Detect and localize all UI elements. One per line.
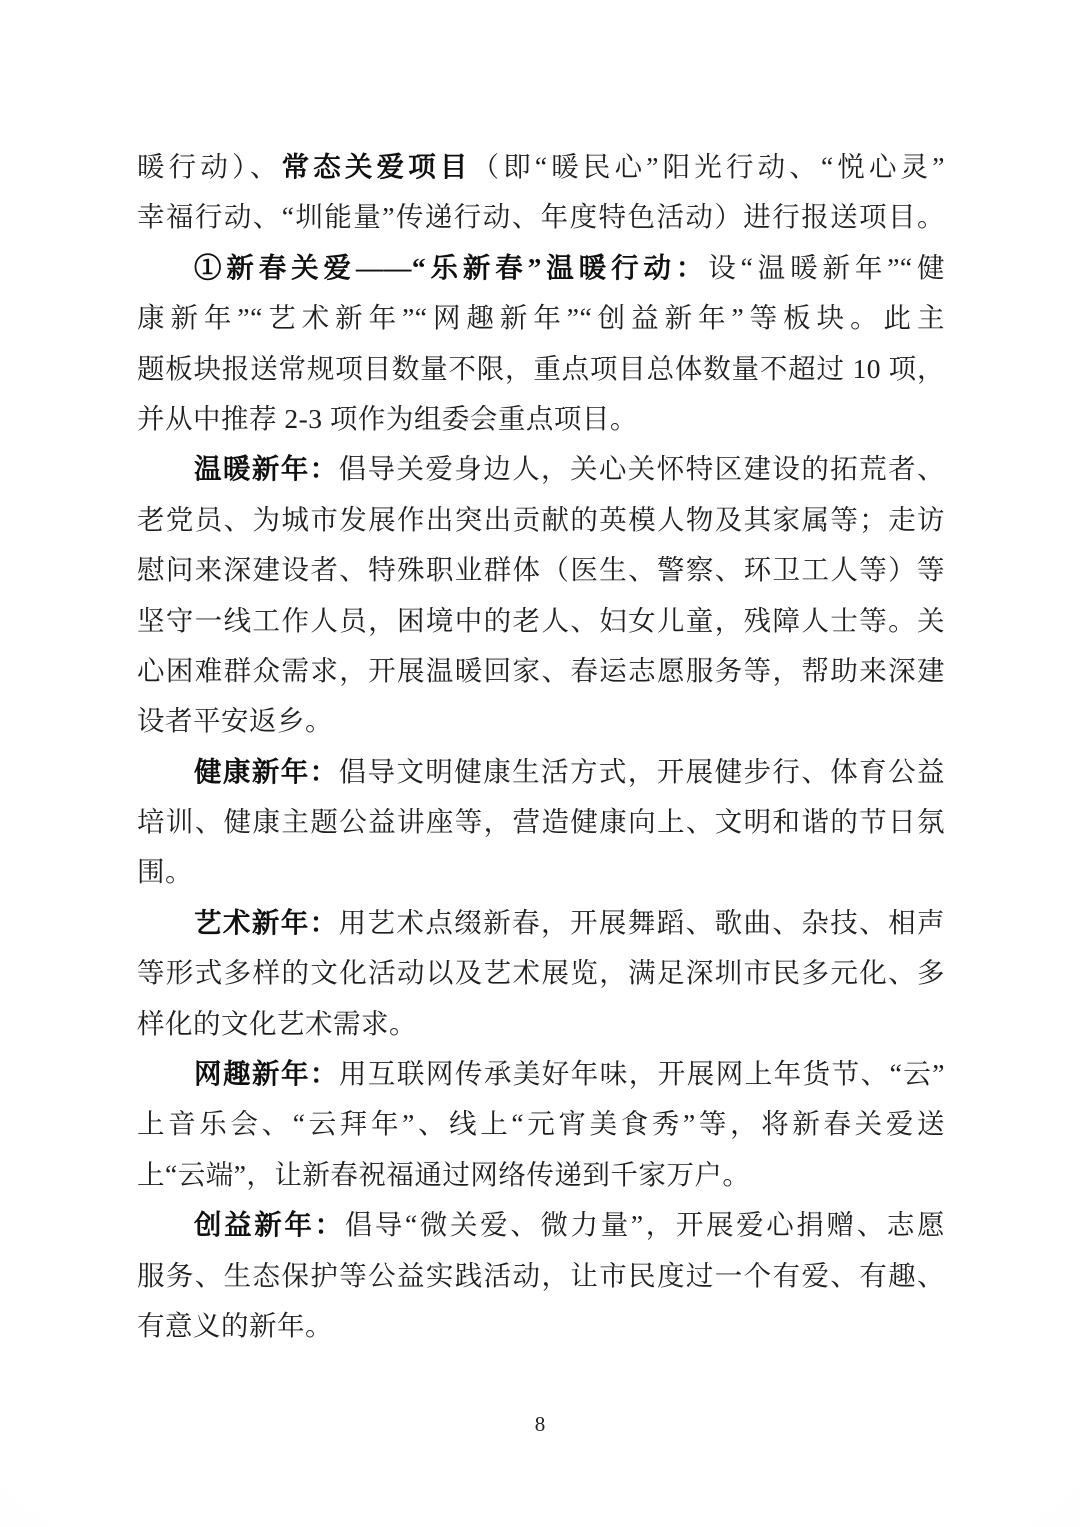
text-line: 幸福行动、“圳能量”传递行动、年度特色活动）进行报送项目。 <box>137 192 945 242</box>
text-line: 坚守一线工作人员，困境中的老人、妇女儿童，残障人士等。关 <box>137 596 945 646</box>
bold-heading-run: 创益新年： <box>194 1209 345 1240</box>
text-run: 围。 <box>137 856 193 887</box>
text-run: 服务、生态保护等公益实践活动，让市民度过一个有爱、有趣、 <box>137 1260 945 1291</box>
bold-heading-run: 健康新年： <box>194 756 339 787</box>
text-run: 老党员、为城市发展作出突出贡献的英模人物及其家属等；走访 <box>137 504 945 535</box>
text-line: 上音乐会、“云拜年”、线上“元宵美食秀”等，将新春关爱送 <box>137 1099 945 1149</box>
text-line: 样化的文化艺术需求。 <box>137 999 945 1049</box>
text-line: 培训、健康主题公益讲座等，营造健康向上、文明和谐的节日氛 <box>137 797 945 847</box>
text-line: 温暖新年：倡导关爱身边人，关心关怀特区建设的拓荒者、 <box>137 444 945 494</box>
text-line: 围。 <box>137 847 945 897</box>
text-run: 设“温暖新年”“健 <box>708 252 945 283</box>
text-line: 慰问来深建设者、特殊职业群体（医生、警察、环卫工人等）等 <box>137 545 945 595</box>
text-line: 网趣新年：用互联网传承美好年味，开展网上年货节、“云” <box>137 1049 945 1099</box>
text-run: 用艺术点缀新春，开展舞蹈、歌曲、杂技、相声 <box>339 907 945 938</box>
text-line: 老党员、为城市发展作出突出贡献的英模人物及其家属等；走访 <box>137 495 945 545</box>
bold-heading-run: ①新春关爱——“乐新春”温暖行动： <box>194 252 708 283</box>
text-line: 等形式多样的文化活动以及艺术展览，满足深圳市民多元化、多 <box>137 948 945 998</box>
text-run: 心困难群众需求，开展温暖回家、春运志愿服务等，帮助来深建 <box>137 655 945 686</box>
text-run: （即“暖民心”阳光行动、“悦心灵” <box>472 151 945 182</box>
text-run: 设者平安返乡。 <box>137 705 333 736</box>
text-line: 设者平安返乡。 <box>137 696 945 746</box>
text-line: 健康新年：倡导文明健康生活方式，开展健步行、体育公益 <box>137 747 945 797</box>
text-line: 心困难群众需求，开展温暖回家、春运志愿服务等，帮助来深建 <box>137 646 945 696</box>
text-run: 慰问来深建设者、特殊职业群体（医生、警察、环卫工人等）等 <box>137 554 945 585</box>
text-run: 等形式多样的文化活动以及艺术展览，满足深圳市民多元化、多 <box>137 957 945 988</box>
text-run: 有意义的新年。 <box>137 1310 333 1341</box>
text-run: 用互联网传承美好年味，开展网上年货节、“云” <box>339 1058 945 1089</box>
bold-heading-run: 常态关爱项目 <box>282 151 472 182</box>
text-run: 康新年”“艺术新年”“网趣新年”“创益新年”等板块。此主 <box>137 302 945 333</box>
text-line: ①新春关爱——“乐新春”温暖行动：设“温暖新年”“健 <box>137 243 945 293</box>
text-line: 题板块报送常规项目数量不限，重点项目总体数量不超过 10 项， <box>137 344 945 394</box>
text-run: 暖行动）、 <box>137 151 282 182</box>
text-line: 艺术新年：用艺术点缀新春，开展舞蹈、歌曲、杂技、相声 <box>137 898 945 948</box>
text-run: 样化的文化艺术需求。 <box>137 1008 417 1039</box>
document-body: 暖行动）、常态关爱项目（即“暖民心”阳光行动、“悦心灵”幸福行动、“圳能量”传递… <box>137 142 945 1351</box>
text-line: 有意义的新年。 <box>137 1301 945 1351</box>
text-line: 服务、生态保护等公益实践活动，让市民度过一个有爱、有趣、 <box>137 1251 945 1301</box>
text-line: 并从中推荐 2-3 项作为组委会重点项目。 <box>137 394 945 444</box>
text-run: 培训、健康主题公益讲座等，营造健康向上、文明和谐的节日氛 <box>137 806 945 837</box>
text-line: 上“云端”，让新春祝福通过网络传递到千家万户。 <box>137 1150 945 1200</box>
text-line: 康新年”“艺术新年”“网趣新年”“创益新年”等板块。此主 <box>137 293 945 343</box>
document-page: 暖行动）、常态关爱项目（即“暖民心”阳光行动、“悦心灵”幸福行动、“圳能量”传递… <box>0 0 1080 1527</box>
bold-heading-run: 艺术新年： <box>194 907 339 938</box>
bold-heading-run: 温暖新年： <box>194 453 339 484</box>
text-run: 上“云端”，让新春祝福通过网络传递到千家万户。 <box>137 1159 750 1190</box>
text-line: 创益新年：倡导“微关爱、微力量”，开展爱心捐赠、志愿 <box>137 1200 945 1250</box>
text-run: 倡导文明健康生活方式，开展健步行、体育公益 <box>339 756 945 787</box>
text-run: 题板块报送常规项目数量不限，重点项目总体数量不超过 10 项， <box>137 353 945 384</box>
text-run: 坚守一线工作人员，困境中的老人、妇女儿童，残障人士等。关 <box>137 605 945 636</box>
text-run: 并从中推荐 2-3 项作为组委会重点项目。 <box>137 403 638 434</box>
text-run: 幸福行动、“圳能量”传递行动、年度特色活动）进行报送项目。 <box>137 201 945 232</box>
page-number: 8 <box>0 1408 1080 1440</box>
bold-heading-run: 网趣新年： <box>194 1058 339 1089</box>
text-run: 倡导关爱身边人，关心关怀特区建设的拓荒者、 <box>339 453 945 484</box>
text-run: 倡导“微关爱、微力量”，开展爱心捐赠、志愿 <box>345 1209 945 1240</box>
text-line: 暖行动）、常态关爱项目（即“暖民心”阳光行动、“悦心灵” <box>137 142 945 192</box>
text-run: 上音乐会、“云拜年”、线上“元宵美食秀”等，将新春关爱送 <box>137 1108 945 1139</box>
